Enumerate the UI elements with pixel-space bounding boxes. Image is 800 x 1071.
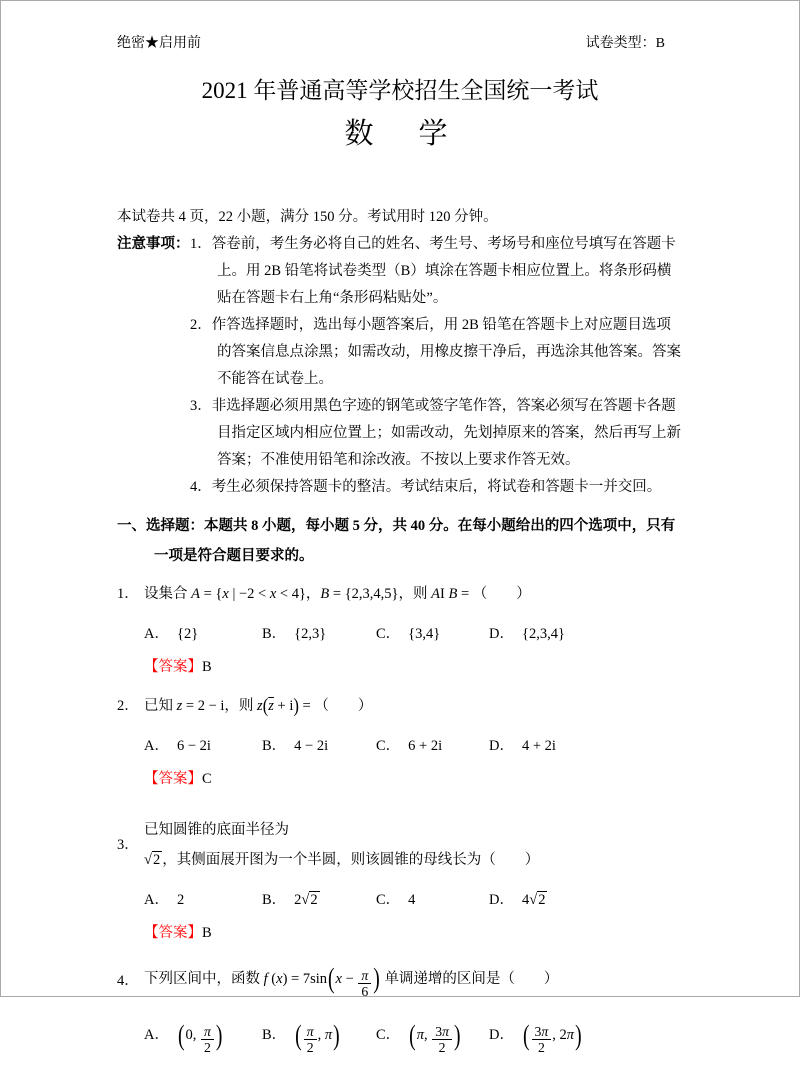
question-2: 2． 已知 z = 2 − i，则 z(z + i) = （ ） A．6 − 2…	[117, 691, 683, 793]
option-value: 2√2	[294, 891, 319, 908]
question-stem: 2． 已知 z = 2 − i，则 z(z + i) = （ ）	[117, 691, 683, 721]
option-value: (0, π2)	[177, 1027, 223, 1043]
option-c: C．{3,4}	[376, 619, 489, 649]
option-d: D．4√2	[489, 885, 683, 915]
option-label: A．	[144, 738, 169, 754]
option-value: {3,4}	[408, 626, 440, 642]
question-4: 4． 下列区间中，函数 f (x) = 7sin(x − π6) 单调递增的区间…	[117, 959, 683, 1060]
notice-section: 注意事项： 1．答卷前，考生务必将自己的姓名、考生号、考场号和座位号填写在答题卡…	[117, 231, 683, 501]
question-text: 设集合 A = {x | −2 < x < 4}，B = {2,3,4,5}，则…	[144, 579, 531, 609]
option-label: C．	[376, 892, 400, 908]
option-b: B．{2,3}	[262, 619, 376, 649]
option-d: D．{2,3,4}	[489, 619, 683, 649]
answer-line: 【答案】B	[144, 653, 683, 681]
question-1: 1． 设集合 A = {x | −2 < x < 4}，B = {2,3,4,5…	[117, 579, 683, 681]
option-b: B．(π2, π)	[262, 1011, 376, 1060]
option-label: C．	[376, 626, 400, 642]
option-label: D．	[489, 738, 514, 754]
section-heading: 一、选择题：本题共 8 小题，每小题 5 分，共 40 分。在每小题给出的四个选…	[117, 511, 683, 571]
option-value: 4	[408, 892, 415, 908]
option-value: 4 − 2i	[294, 738, 328, 754]
option-a: A．{2}	[144, 619, 262, 649]
notice-item: 4．考生必须保持答题卡的整洁。考试结束后，将试卷和答题卡一并交回。	[190, 474, 683, 501]
question-stem: 1． 设集合 A = {x | −2 < x < 4}，B = {2,3,4,5…	[117, 579, 683, 609]
paper-type-label: 试卷类型：B	[586, 35, 683, 52]
answer-value: B	[202, 659, 212, 675]
option-value: (π2, π)	[294, 1027, 340, 1043]
question-text: 已知圆锥的底面半径为√2，其侧面展开图为一个半圆，则该圆锥的母线长为（ ）	[144, 815, 683, 875]
option-c: C．4	[376, 885, 489, 915]
exam-title: 2021 年普通高等学校招生全国统一考试	[117, 76, 683, 106]
answer-value: C	[202, 771, 212, 787]
notice-item: 2．作答选择题时，选出每小题答案后，用 2B 铅笔在答题卡上对应题目选项的答案信…	[190, 312, 683, 393]
question-text: 下列区间中，函数 f (x) = 7sin(x − π6) 单调递增的区间是（ …	[144, 964, 558, 999]
options-row: A．2 B．2√2 C．4 D．4√2	[144, 885, 683, 915]
answer-label: 【答案】	[144, 659, 202, 675]
option-b: B．2√2	[262, 885, 376, 915]
option-value: {2,3}	[294, 626, 326, 642]
option-c: C．6 + 2i	[376, 731, 489, 761]
option-value: 4 + 2i	[522, 738, 556, 754]
options-row: A．(0, π2) B．(π2, π) C．(π, 3π2) D．(3π2, 2…	[144, 1011, 683, 1060]
exam-page: 绝密★启用前 试卷类型：B 2021 年普通高等学校招生全国统一考试 数 学 本…	[0, 0, 800, 997]
option-label: A．	[144, 626, 169, 642]
option-label: D．	[489, 1027, 514, 1043]
option-value: {2,3,4}	[522, 626, 565, 642]
option-value: (π, 3π2)	[408, 1027, 461, 1043]
option-d: D．4 + 2i	[489, 731, 683, 761]
option-label: A．	[144, 892, 169, 908]
page-header: 绝密★启用前 试卷类型：B	[117, 35, 683, 52]
option-label: A．	[144, 1027, 169, 1043]
security-marking: 绝密★启用前	[117, 35, 201, 52]
answer-label: 【答案】	[144, 925, 202, 941]
option-label: C．	[376, 738, 400, 754]
option-label: B．	[262, 626, 286, 642]
paper-info: 本试卷共 4 页，22 小题，满分 150 分。考试用时 120 分钟。	[117, 203, 683, 231]
question-number: 3．	[117, 830, 144, 860]
question-number: 4．	[117, 966, 144, 996]
option-a: A．2	[144, 885, 262, 915]
option-value: 6 − 2i	[177, 738, 211, 754]
options-row: A．{2} B．{2,3} C．{3,4} D．{2,3,4}	[144, 619, 683, 649]
option-value: 4√2	[522, 891, 547, 908]
option-label: B．	[262, 892, 286, 908]
option-label: D．	[489, 892, 514, 908]
option-label: D．	[489, 626, 514, 642]
notice-item: 1．答卷前，考生务必将自己的姓名、考生号、考场号和座位号填写在答题卡上。用 2B…	[190, 231, 683, 312]
notice-label: 注意事项：	[117, 231, 190, 258]
option-value: {2}	[177, 626, 198, 642]
option-label: B．	[262, 1027, 286, 1043]
option-label: C．	[376, 1027, 400, 1043]
question-stem: 3． 已知圆锥的底面半径为√2，其侧面展开图为一个半圆，则该圆锥的母线长为（ ）	[117, 815, 683, 875]
option-b: B．4 − 2i	[262, 731, 376, 761]
question-stem: 4． 下列区间中，函数 f (x) = 7sin(x − π6) 单调递增的区间…	[117, 959, 683, 1003]
option-label: B．	[262, 738, 286, 754]
question-number: 2．	[117, 691, 144, 721]
option-d: D．(3π2, 2π)	[489, 1011, 683, 1060]
option-c: C．(π, 3π2)	[376, 1011, 489, 1060]
answer-line: 【答案】C	[144, 765, 683, 793]
option-value: 2	[177, 892, 184, 908]
option-a: A．6 − 2i	[144, 731, 262, 761]
question-3: 3． 已知圆锥的底面半径为√2，其侧面展开图为一个半圆，则该圆锥的母线长为（ ）…	[117, 815, 683, 947]
question-text: 已知 z = 2 − i，则 z(z + i) = （ ）	[144, 691, 372, 721]
option-a: A．(0, π2)	[144, 1011, 262, 1060]
answer-line: 【答案】B	[144, 919, 683, 947]
answer-value: B	[202, 925, 212, 941]
notice-item: 3．非选择题必须用黑色字迹的钢笔或签字笔作答，答案必须写在答题卡各题目指定区域内…	[190, 393, 683, 474]
question-number: 1．	[117, 579, 144, 609]
option-value: (3π2, 2π)	[522, 1027, 583, 1043]
subject-title: 数 学	[117, 115, 683, 153]
options-row: A．6 − 2i B．4 − 2i C．6 + 2i D．4 + 2i	[144, 731, 683, 761]
option-value: 6 + 2i	[408, 738, 442, 754]
answer-label: 【答案】	[144, 771, 202, 787]
